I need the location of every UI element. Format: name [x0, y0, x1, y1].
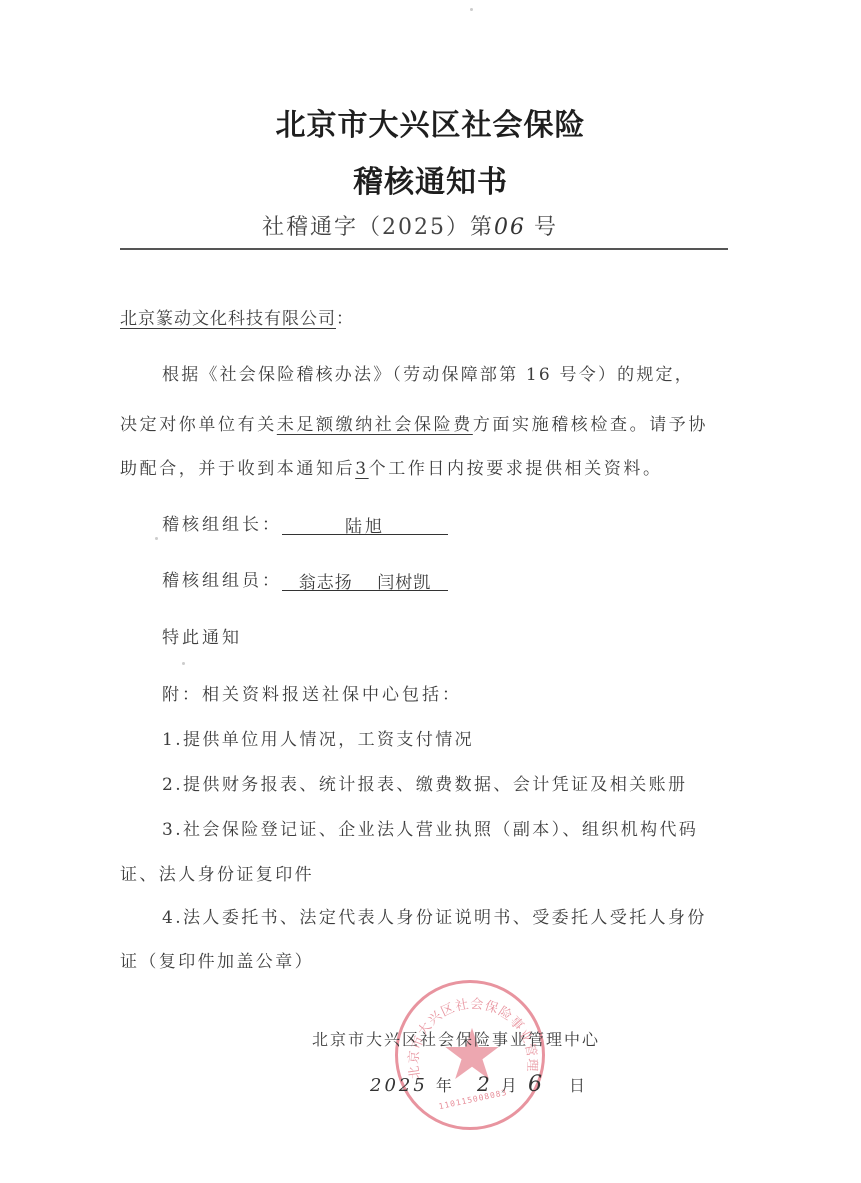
- addressee: 北京篆动文化科技有限公司：: [120, 304, 354, 329]
- attachment-item-3-cont: 证、法人身份证复印件: [120, 860, 314, 885]
- team-leader-name: 陆旭: [282, 512, 448, 535]
- attachment-item-2: 2.提供财务报表、统计报表、缴费数据、会计凭证及相关账册: [162, 770, 687, 795]
- scan-speck: [470, 8, 473, 11]
- document-number: 社稽通字（2025）第06号: [262, 210, 558, 241]
- addressee-colon: ：: [336, 309, 354, 329]
- body-highlight-issue: 未足额缴纳社会保险费: [277, 415, 473, 435]
- team-members-names: 翁志扬 闫树凯: [282, 568, 448, 591]
- team-leader-label: 稽核组组长：: [162, 515, 282, 535]
- date-month-handwritten: 2: [477, 1072, 493, 1096]
- issuer-name: 北京市大兴区社会保险事业管理中心: [312, 1027, 600, 1050]
- body-line-2: 决定对你单位有关未足额缴纳社会保险费方面实施稽核检查。请予协: [120, 410, 708, 435]
- doc-number-prefix: 社稽通字（2025）第: [262, 215, 494, 240]
- body-line-1: 根据《社会保险稽核办法》（劳动保障部第 16 号令）的规定，: [162, 360, 694, 385]
- body-line-3-pre: 助配合，并于收到本通知后: [120, 459, 355, 479]
- body-line-2-post: 方面实施稽核检查。请予协: [473, 415, 708, 435]
- scan-speck: [182, 662, 185, 665]
- attachment-item-4: 4.法人委托书、法定代表人身份证说明书、受委托人受托人身份: [162, 903, 707, 928]
- doc-number-handwritten: 06: [494, 215, 526, 240]
- attachment-item-1: 1.提供单位用人情况，工资支付情况: [162, 725, 474, 750]
- date-year-handwritten: 2025: [370, 1075, 428, 1096]
- body-line-2-pre: 决定对你单位有关: [120, 415, 277, 435]
- attachment-item-3: 3.社会保险登记证、企业法人营业执照（副本）、组织机构代码: [162, 815, 698, 840]
- header-divider: [120, 248, 728, 250]
- issue-date: 2025 年 2 月 6 日: [370, 1072, 588, 1097]
- team-leader-row: 稽核组组长：陆旭: [162, 510, 448, 535]
- date-year-label: 年: [436, 1076, 455, 1095]
- body-line-3-post: 个工作日内按要求提供相关资料。: [369, 459, 663, 479]
- date-day-label: 日: [569, 1076, 588, 1095]
- official-seal: 北京市大兴区社会保险事业管理中心 110115008083: [395, 980, 545, 1130]
- team-members-row: 稽核组组员：翁志扬 闫树凯: [162, 566, 448, 591]
- body-line-3: 助配合，并于收到本通知后3个工作日内按要求提供相关资料。: [120, 454, 663, 479]
- body-days-count: 3: [355, 459, 368, 479]
- scan-speck: [155, 537, 158, 540]
- date-month-label: 月: [501, 1076, 520, 1095]
- title-line-2: 稽核通知书: [0, 157, 861, 201]
- addressee-company: 北京篆动文化科技有限公司: [120, 309, 336, 329]
- doc-number-suffix: 号: [534, 215, 558, 240]
- notice-closing: 特此通知: [162, 623, 242, 648]
- attachment-item-4-cont: 证（复印件加盖公章）: [120, 947, 314, 972]
- date-day-handwritten: 6: [528, 1072, 545, 1097]
- team-members-label: 稽核组组员：: [162, 571, 282, 591]
- attachment-heading: 附：相关资料报送社保中心包括：: [162, 680, 462, 705]
- title-line-1: 北京市大兴区社会保险: [0, 100, 861, 144]
